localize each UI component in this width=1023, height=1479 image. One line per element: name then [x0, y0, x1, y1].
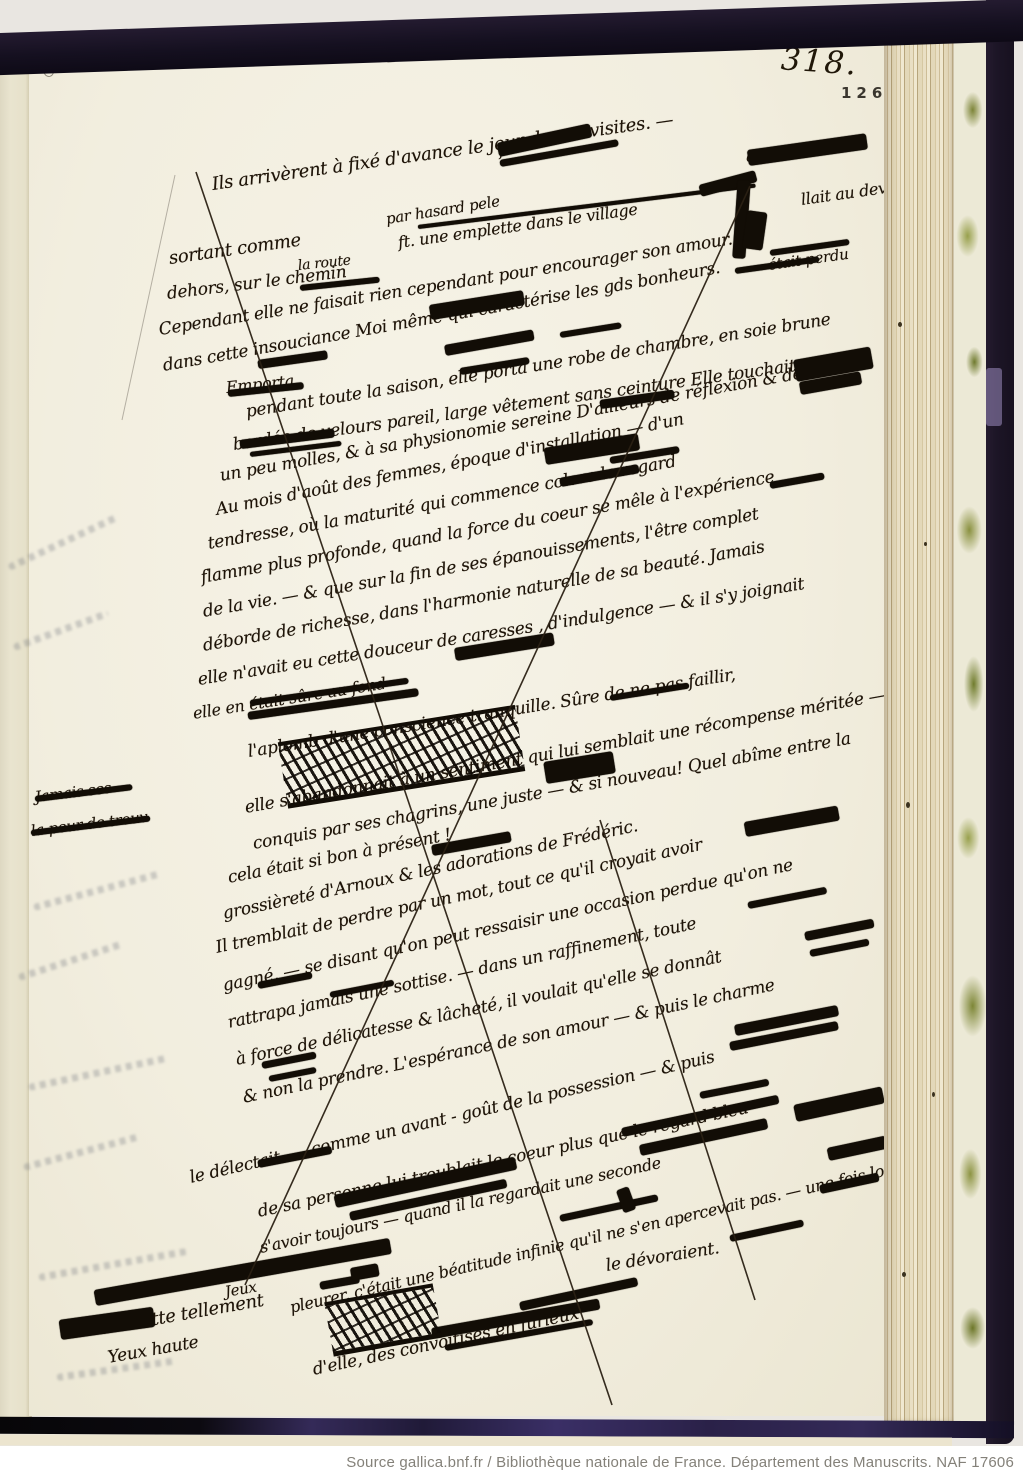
ghost-pencil-mark — [28, 1055, 166, 1091]
ink-speck — [902, 1272, 906, 1277]
strike-mark — [744, 806, 840, 837]
binding-wear-patch — [986, 368, 1002, 426]
marbled-endpaper-edge — [954, 26, 988, 1426]
handwriting-line: le dévoraient. — [604, 1238, 720, 1276]
strike-mark — [742, 210, 767, 250]
scanned-manuscript-photo: { "document": { "type": "handwritten man… — [0, 0, 1023, 1479]
ghost-pencil-mark — [23, 1133, 141, 1171]
strike-mark — [560, 322, 622, 338]
ink-speck — [906, 802, 910, 808]
page-gutter-edge — [0, 56, 32, 1432]
strike-mark — [729, 1219, 804, 1241]
ghost-pencil-mark — [38, 1248, 187, 1281]
strike-mark — [827, 1136, 888, 1161]
ghost-pencil-mark — [33, 870, 160, 910]
strike-mark — [444, 329, 535, 355]
attribution-text: Source gallica.bnf.fr / Bibliothèque nat… — [346, 1454, 1014, 1471]
gallica-attribution-bar: Source gallica.bnf.fr / Bibliothèque nat… — [0, 1446, 1023, 1479]
handwriting-line: sortant comme — [168, 230, 303, 269]
ink-speck — [898, 322, 902, 327]
leather-binding-right — [986, 0, 1014, 1444]
strike-mark — [804, 919, 874, 941]
handwriting-line: Ils arrivèrent à fixé d'avance le jour d… — [211, 109, 675, 195]
ghost-pencil-mark — [18, 940, 125, 981]
manuscript-page: 296 318. 126 fixésIls arrivèrent à fixé … — [29, 44, 889, 1416]
ink-speck — [932, 1092, 935, 1097]
ink-speck — [924, 542, 927, 546]
library-stamp-number: 126 — [841, 84, 887, 102]
strike-mark — [769, 473, 824, 489]
strike-mark — [793, 1086, 885, 1121]
strike-mark — [747, 887, 827, 909]
strike-mark — [809, 939, 869, 957]
book-page-edges — [884, 32, 956, 1424]
strike-mark — [699, 1079, 769, 1099]
